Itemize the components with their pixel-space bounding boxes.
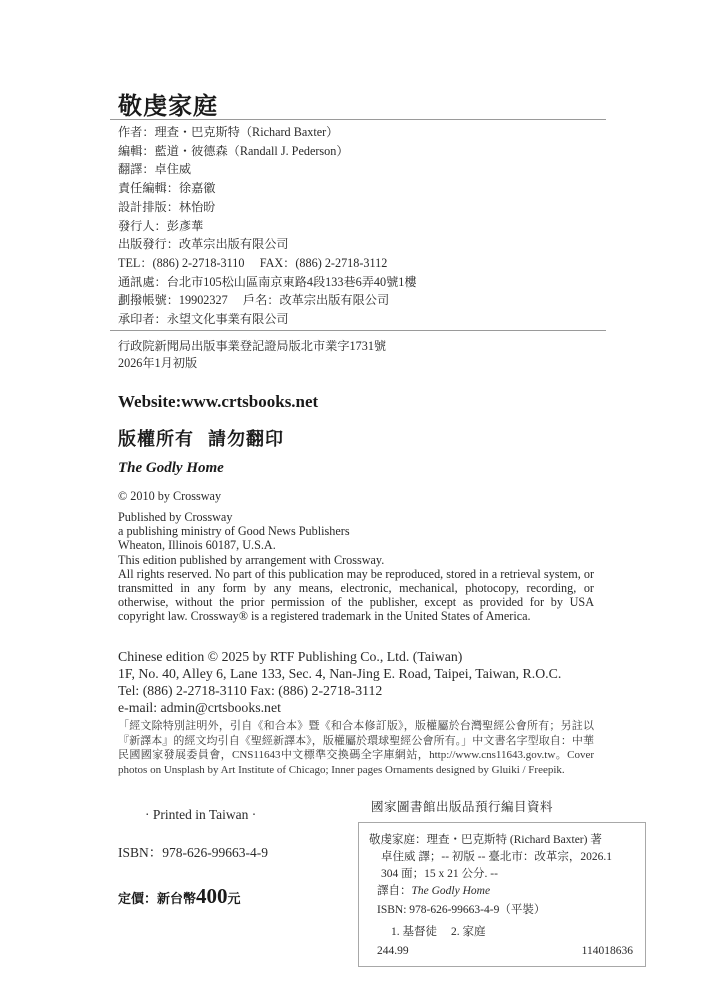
cip-record-number: 114018636	[582, 945, 633, 957]
arrangement-note: This edition published by arrangement wi…	[118, 553, 594, 567]
no-copy-notice: 請勿翻印	[208, 429, 284, 450]
cip-isbn: ISBN: 978-626-99663-4-9（平裝）	[377, 901, 545, 917]
chinese-edition-address: 1F, No. 40, Alley 6, Lane 133, Sec. 4, N…	[118, 665, 561, 682]
rights-paragraph: All rights reserved. No part of this pub…	[118, 567, 594, 623]
cip-subject-1: 1. 基督徒	[391, 923, 437, 939]
credit-publisher: 出版發行：改革宗出版有限公司	[118, 235, 417, 254]
isbn: ISBN：978-626-99663-4-9	[118, 841, 268, 861]
publisher-name: Published by Crossway	[118, 510, 350, 524]
price-amount: 400	[196, 884, 228, 908]
book-title: 敬虔家庭	[118, 86, 218, 121]
credit-issuer: 發行人：彭彥華	[118, 217, 417, 236]
rights-reserved: 版權所有	[118, 429, 194, 450]
credit-designer: 設計排版：林怡昐	[118, 198, 417, 217]
chinese-edition-block: Chinese edition © 2025 by RTF Publishing…	[118, 648, 561, 716]
registration-number: 行政院新聞局出版事業登記證局版北市業字1731號	[118, 338, 386, 355]
credit-responsible-editor: 責任編輯：徐嘉徽	[118, 179, 417, 198]
credit-translator: 翻譯：卓住威	[118, 160, 417, 179]
credit-address: 通訊處：台北市105松山區南京東路4段133巷6弄40號1樓	[118, 273, 417, 292]
cip-record-box: 敬虔家庭：理查・巴克斯特 (Richard Baxter) 著 卓住威 譯；--…	[358, 822, 646, 967]
rights-notice: 版權所有請勿翻印	[118, 425, 284, 451]
credit-author: 作者：理查・巴克斯特（Richard Baxter）	[118, 123, 417, 142]
legal-notice: This edition published by arrangement wi…	[118, 553, 594, 623]
original-copyright: © 2010 by Crossway	[118, 489, 221, 503]
cip-title-author: 敬虔家庭：理查・巴克斯特 (Richard Baxter) 著	[369, 831, 602, 847]
cip-translator-edition: 卓住威 譯；-- 初版 -- 臺北市：改革宗，2026.1	[381, 848, 612, 864]
credit-phone-fax: TEL：(886) 2-2718-3110 FAX：(886) 2-2718-3…	[118, 254, 417, 273]
publisher-address: Wheaton, Illinois 60187, U.S.A.	[118, 538, 350, 552]
publisher-ministry: a publishing ministry of Good News Publi…	[118, 524, 350, 538]
cip-heading: 國家圖書館出版品預行編目資料	[371, 797, 553, 815]
price-suffix: 元	[228, 892, 241, 907]
middle-divider	[110, 330, 606, 331]
credit-postal-account: 劃撥帳號：19902327 戶名：改革宗出版有限公司	[118, 291, 417, 310]
price: 定價：新台幣400元	[118, 884, 241, 909]
website-url: Website:www.crtsbooks.net	[118, 392, 318, 412]
edition-date: 2026年1月初版	[118, 355, 386, 372]
chinese-edition-phone: Tel: (886) 2-2718-3110 Fax: (886) 2-2718…	[118, 682, 561, 699]
registration-block: 行政院新聞局出版事業登記證局版北市業字1731號 2026年1月初版	[118, 338, 386, 372]
original-publisher-block: Published by Crossway a publishing minis…	[118, 510, 350, 552]
chinese-edition-copyright: Chinese edition © 2025 by RTF Publishing…	[118, 648, 561, 665]
cip-classification: 244.99	[377, 945, 409, 957]
cip-original-title-label: 譯自：	[377, 885, 412, 897]
printed-in-taiwan: · Printed in Taiwan ·	[145, 807, 256, 823]
credit-editor: 編輯：藍道・彼德森（Randall J. Pederson）	[118, 142, 417, 161]
scripture-and-credits-notes: 「經文除特別註明外，引自《和合本》暨《和合本修訂版》，版權屬於台灣聖經公會所有；…	[118, 719, 594, 777]
top-divider	[110, 119, 606, 120]
credits-block: 作者：理查・巴克斯特（Richard Baxter） 編輯：藍道・彼德森（Ran…	[118, 123, 417, 329]
price-prefix: 定價：新台幣	[118, 892, 196, 907]
cip-original-title-value: The Godly Home	[412, 885, 491, 897]
credit-printer: 承印者：永望文化事業有限公司	[118, 310, 417, 329]
chinese-edition-email: e-mail: admin@crtsbooks.net	[118, 699, 561, 716]
cip-pages-size: 304 面；15 x 21 公分. --	[381, 865, 498, 881]
cip-subject-2: 2. 家庭	[451, 923, 486, 939]
cip-original-title: 譯自：The Godly Home	[377, 882, 490, 898]
english-title: The Godly Home	[118, 460, 224, 477]
